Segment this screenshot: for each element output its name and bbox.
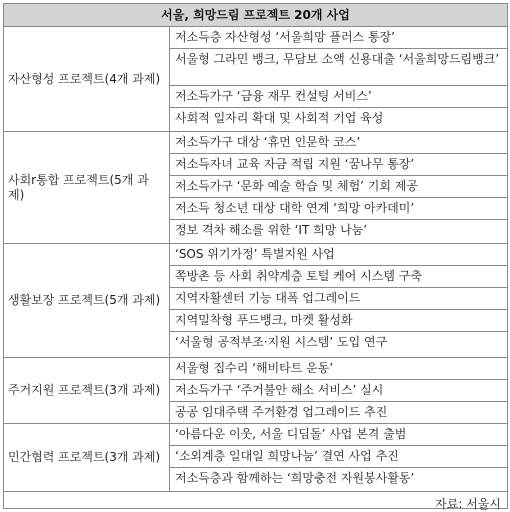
list-item: 정보 격차 해소를 위한 ‘IT 희망 나눔’ — [170, 220, 507, 242]
list-item: 지역밀착형 푸드뱅크, 마켓 활성화 — [170, 310, 507, 332]
list-item: ‘SOS 위기가정’ 특별지원 사업 — [170, 244, 507, 266]
list-item: 저소득가구 ‘금융 재무 컨설팅 서비스’ — [170, 86, 507, 108]
project-table: 서울, 희망드림 프로젝트 20개 사업 자산형성 프로젝트(4개 과제) 저소… — [3, 3, 508, 509]
category-label: 사회r통합 프로젝트(5개 과제) — [4, 132, 170, 243]
list-item: ‘아름다운 이웃, 서울 디딤돌’ 사업 본격 출범 — [170, 424, 507, 446]
table-title: 서울, 희망드림 프로젝트 20개 사업 — [4, 4, 507, 27]
item-list: 저소득가구 대상 ‘휴먼 인문학 코스’ 저소득자녀 교육 자금 적립 지원 ‘… — [170, 132, 507, 243]
list-item: 서울형 그라민 뱅크, 무담보 소액 신용대출 ‘서울희망드림뱅크’ — [170, 49, 507, 86]
group-social: 사회r통합 프로젝트(5개 과제) 저소득가구 대상 ‘휴먼 인문학 코스’ 저… — [4, 132, 507, 244]
list-item: 공공 임대주택 주거환경 업그레이드 추진 — [170, 402, 507, 424]
list-item: 저소득가구 대상 ‘휴먼 인문학 코스’ — [170, 132, 507, 154]
list-item: 서울형 집수리 ‘해비타트 운동’ — [170, 358, 507, 380]
category-label: 생활보장 프로젝트(5개 과제) — [4, 244, 170, 357]
item-list: ‘SOS 위기가정’ 특별지원 사업 쪽방촌 등 사회 취약계층 토털 케어 시… — [170, 244, 507, 357]
category-label: 민간협력 프로젝트(3개 과제) — [4, 424, 170, 491]
category-label: 주거지원 프로젝트(3개 과제) — [4, 358, 170, 423]
list-item: 지역자활센터 기능 대폭 업그레이드 — [170, 288, 507, 310]
list-item: 저소득가구 ‘주거불안 해소 서비스’ 실시 — [170, 380, 507, 402]
list-item: 저소득층 자산형성 ‘서울희망 플러스 통장’ — [170, 27, 507, 49]
group-housing: 주거지원 프로젝트(3개 과제) 서울형 집수리 ‘해비타트 운동’ 저소득가구… — [4, 358, 507, 424]
list-item: ‘서울형 공적부조·지원 시스템’ 도입 연구 — [170, 332, 507, 354]
group-living: 생활보장 프로젝트(5개 과제) ‘SOS 위기가정’ 특별지원 사업 쪽방촌 … — [4, 244, 507, 358]
item-list: 서울형 집수리 ‘해비타트 운동’ 저소득가구 ‘주거불안 해소 서비스’ 실시… — [170, 358, 507, 423]
list-item: 저소득가구 ‘문화 예술 학습 및 체험’ 기회 제공 — [170, 176, 507, 198]
item-list: ‘아름다운 이웃, 서울 디딤돌’ 사업 본격 출범 ‘소외계층 일대일 희망나… — [170, 424, 507, 491]
list-item: 저소득층과 함께하는 ‘희망충전 자원봉사활동’ — [170, 468, 507, 490]
group-private: 민간협력 프로젝트(3개 과제) ‘아름다운 이웃, 서울 디딤돌’ 사업 본격… — [4, 424, 507, 492]
list-item: 저소득 청소년 대상 대학 연계 ‘희망 아카데미’ — [170, 198, 507, 220]
category-label: 자산형성 프로젝트(4개 과제) — [4, 27, 170, 131]
group-asset: 자산형성 프로젝트(4개 과제) 저소득층 자산형성 ‘서울희망 플러스 통장’… — [4, 27, 507, 132]
list-item: 사회적 일자리 확대 및 사회적 기업 육성 — [170, 108, 507, 130]
item-list: 저소득층 자산형성 ‘서울희망 플러스 통장’ 서울형 그라민 뱅크, 무담보 … — [170, 27, 507, 131]
list-item: 쪽방촌 등 사회 취약계층 토털 케어 시스템 구축 — [170, 266, 507, 288]
source-note: 자료: 서울시 — [4, 492, 507, 512]
list-item: 저소득자녀 교육 자금 적립 지원 ‘꿈나무 통장’ — [170, 154, 507, 176]
list-item: ‘소외계층 일대일 희망나눔’ 결연 사업 추진 — [170, 446, 507, 468]
